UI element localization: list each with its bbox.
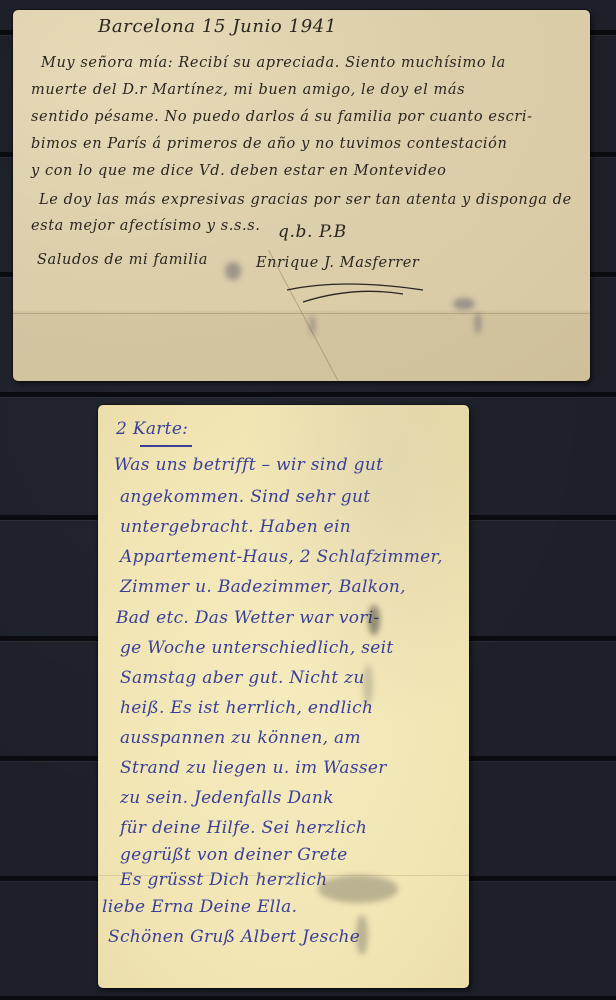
letter-line: Schönen Gruß Albert Jesche <box>108 927 360 947</box>
postcard-spanish: Barcelona 15 Junio 1941 Muy señora mía: … <box>13 10 590 381</box>
letter-line: Bad etc. Das Wetter war vori- <box>116 608 380 628</box>
letter-line: Le doy las más expresivas gracias por se… <box>39 192 572 208</box>
heading-underline <box>140 445 192 447</box>
letter-line: bimos en París á primeros de año y no tu… <box>31 136 507 152</box>
letter-line: ausspannen zu können, am <box>120 728 361 748</box>
letter-line: zu sein. Jedenfalls Dank <box>120 788 334 808</box>
letter-line: angekommen. Sind sehr gut <box>120 487 370 507</box>
ink-smudge <box>368 605 380 635</box>
letter-line: Zimmer u. Badezimmer, Balkon, <box>120 577 406 597</box>
letter-line: sentido pésame. No puedo darlos á su fam… <box>31 109 533 125</box>
card-heading: 2 Karte: <box>116 419 188 439</box>
date-line: Barcelona 15 Junio 1941 <box>98 16 337 37</box>
letter-line: ge Woche unterschiedlich, seit <box>120 638 394 658</box>
ink-smudge <box>310 315 315 335</box>
postcard-german: 2 Karte: Was uns betrifft – wir sind gut… <box>98 405 469 988</box>
letter-line: Strand zu liegen u. im Wasser <box>120 758 387 778</box>
letter-line: y con lo que me dice Vd. deben estar en … <box>31 163 447 179</box>
signature: Enrique J. Masferrer <box>256 255 419 271</box>
stock-strip-line <box>0 996 616 1000</box>
letter-line: liebe Erna Deine Ella. <box>102 897 297 917</box>
ink-smudge <box>453 298 475 310</box>
letter-line: untergebracht. Haben ein <box>120 517 351 537</box>
signature-flourish <box>283 272 433 308</box>
ink-smudge <box>318 875 398 903</box>
letter-line: esta mejor afectísimo y s.s.s. <box>31 218 261 234</box>
greeting-line: Saludos de mi familia <box>37 252 208 268</box>
letter-line: Was uns betrifft – wir sind gut <box>114 455 383 475</box>
letter-line: Muy señora mía: Recibí su apreciada. Sie… <box>41 55 506 71</box>
stock-strip-line <box>0 392 616 397</box>
letter-line: heiß. Es ist herrlich, endlich <box>120 698 373 718</box>
ink-smudge <box>363 665 373 705</box>
letter-line: Es grüsst Dich herzlich <box>120 870 327 890</box>
ink-smudge <box>356 915 368 955</box>
ink-smudge <box>225 262 241 280</box>
letter-line: Samstag aber gut. Nicht zu <box>120 668 365 688</box>
letter-line: für deine Hilfe. Sei herzlich <box>120 818 367 838</box>
letter-line: Appartement-Haus, 2 Schlafzimmer, <box>120 547 443 567</box>
letter-line: gegrüßt von deiner Grete <box>120 845 347 865</box>
ink-smudge <box>475 312 481 334</box>
initials: q.b. P.B <box>278 222 347 242</box>
letter-line: muerte del D.r Martínez, mi buen amigo, … <box>31 82 465 98</box>
